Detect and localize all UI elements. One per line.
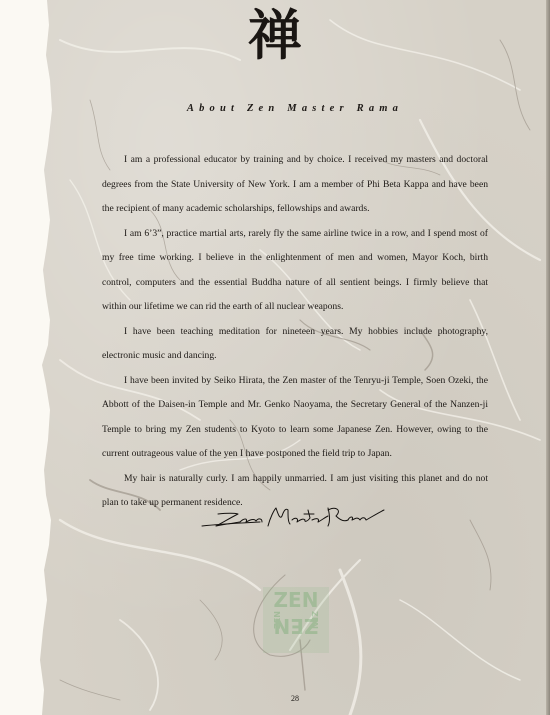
- paragraph-teaching-hobbies: I have been teaching meditation for nine…: [102, 320, 488, 369]
- paragraph-education: I am a professional educator by training…: [102, 148, 488, 222]
- biography-text: I am a professional educator by training…: [102, 148, 488, 516]
- zen-kanji-calligraphy: 禅: [0, 8, 550, 62]
- logo-zen-right: ZEN: [310, 611, 319, 629]
- paragraph-japan-invitation: I have been invited by Seiko Hirata, the…: [102, 369, 488, 467]
- page-title: About Zen Master Rama: [0, 103, 550, 114]
- logo-zen-top: ZEN: [274, 588, 319, 612]
- logo-zen-left: ZEN: [273, 611, 282, 629]
- zen-logo-mark: ZEN ZEN ZEN ZEN ZEN: [263, 587, 329, 653]
- handwritten-signature: Zen Master Rama: [200, 502, 386, 532]
- page-number: 28: [0, 694, 550, 703]
- paragraph-personal-beliefs: I am 6’3”, practice martial arts, rarely…: [102, 222, 488, 320]
